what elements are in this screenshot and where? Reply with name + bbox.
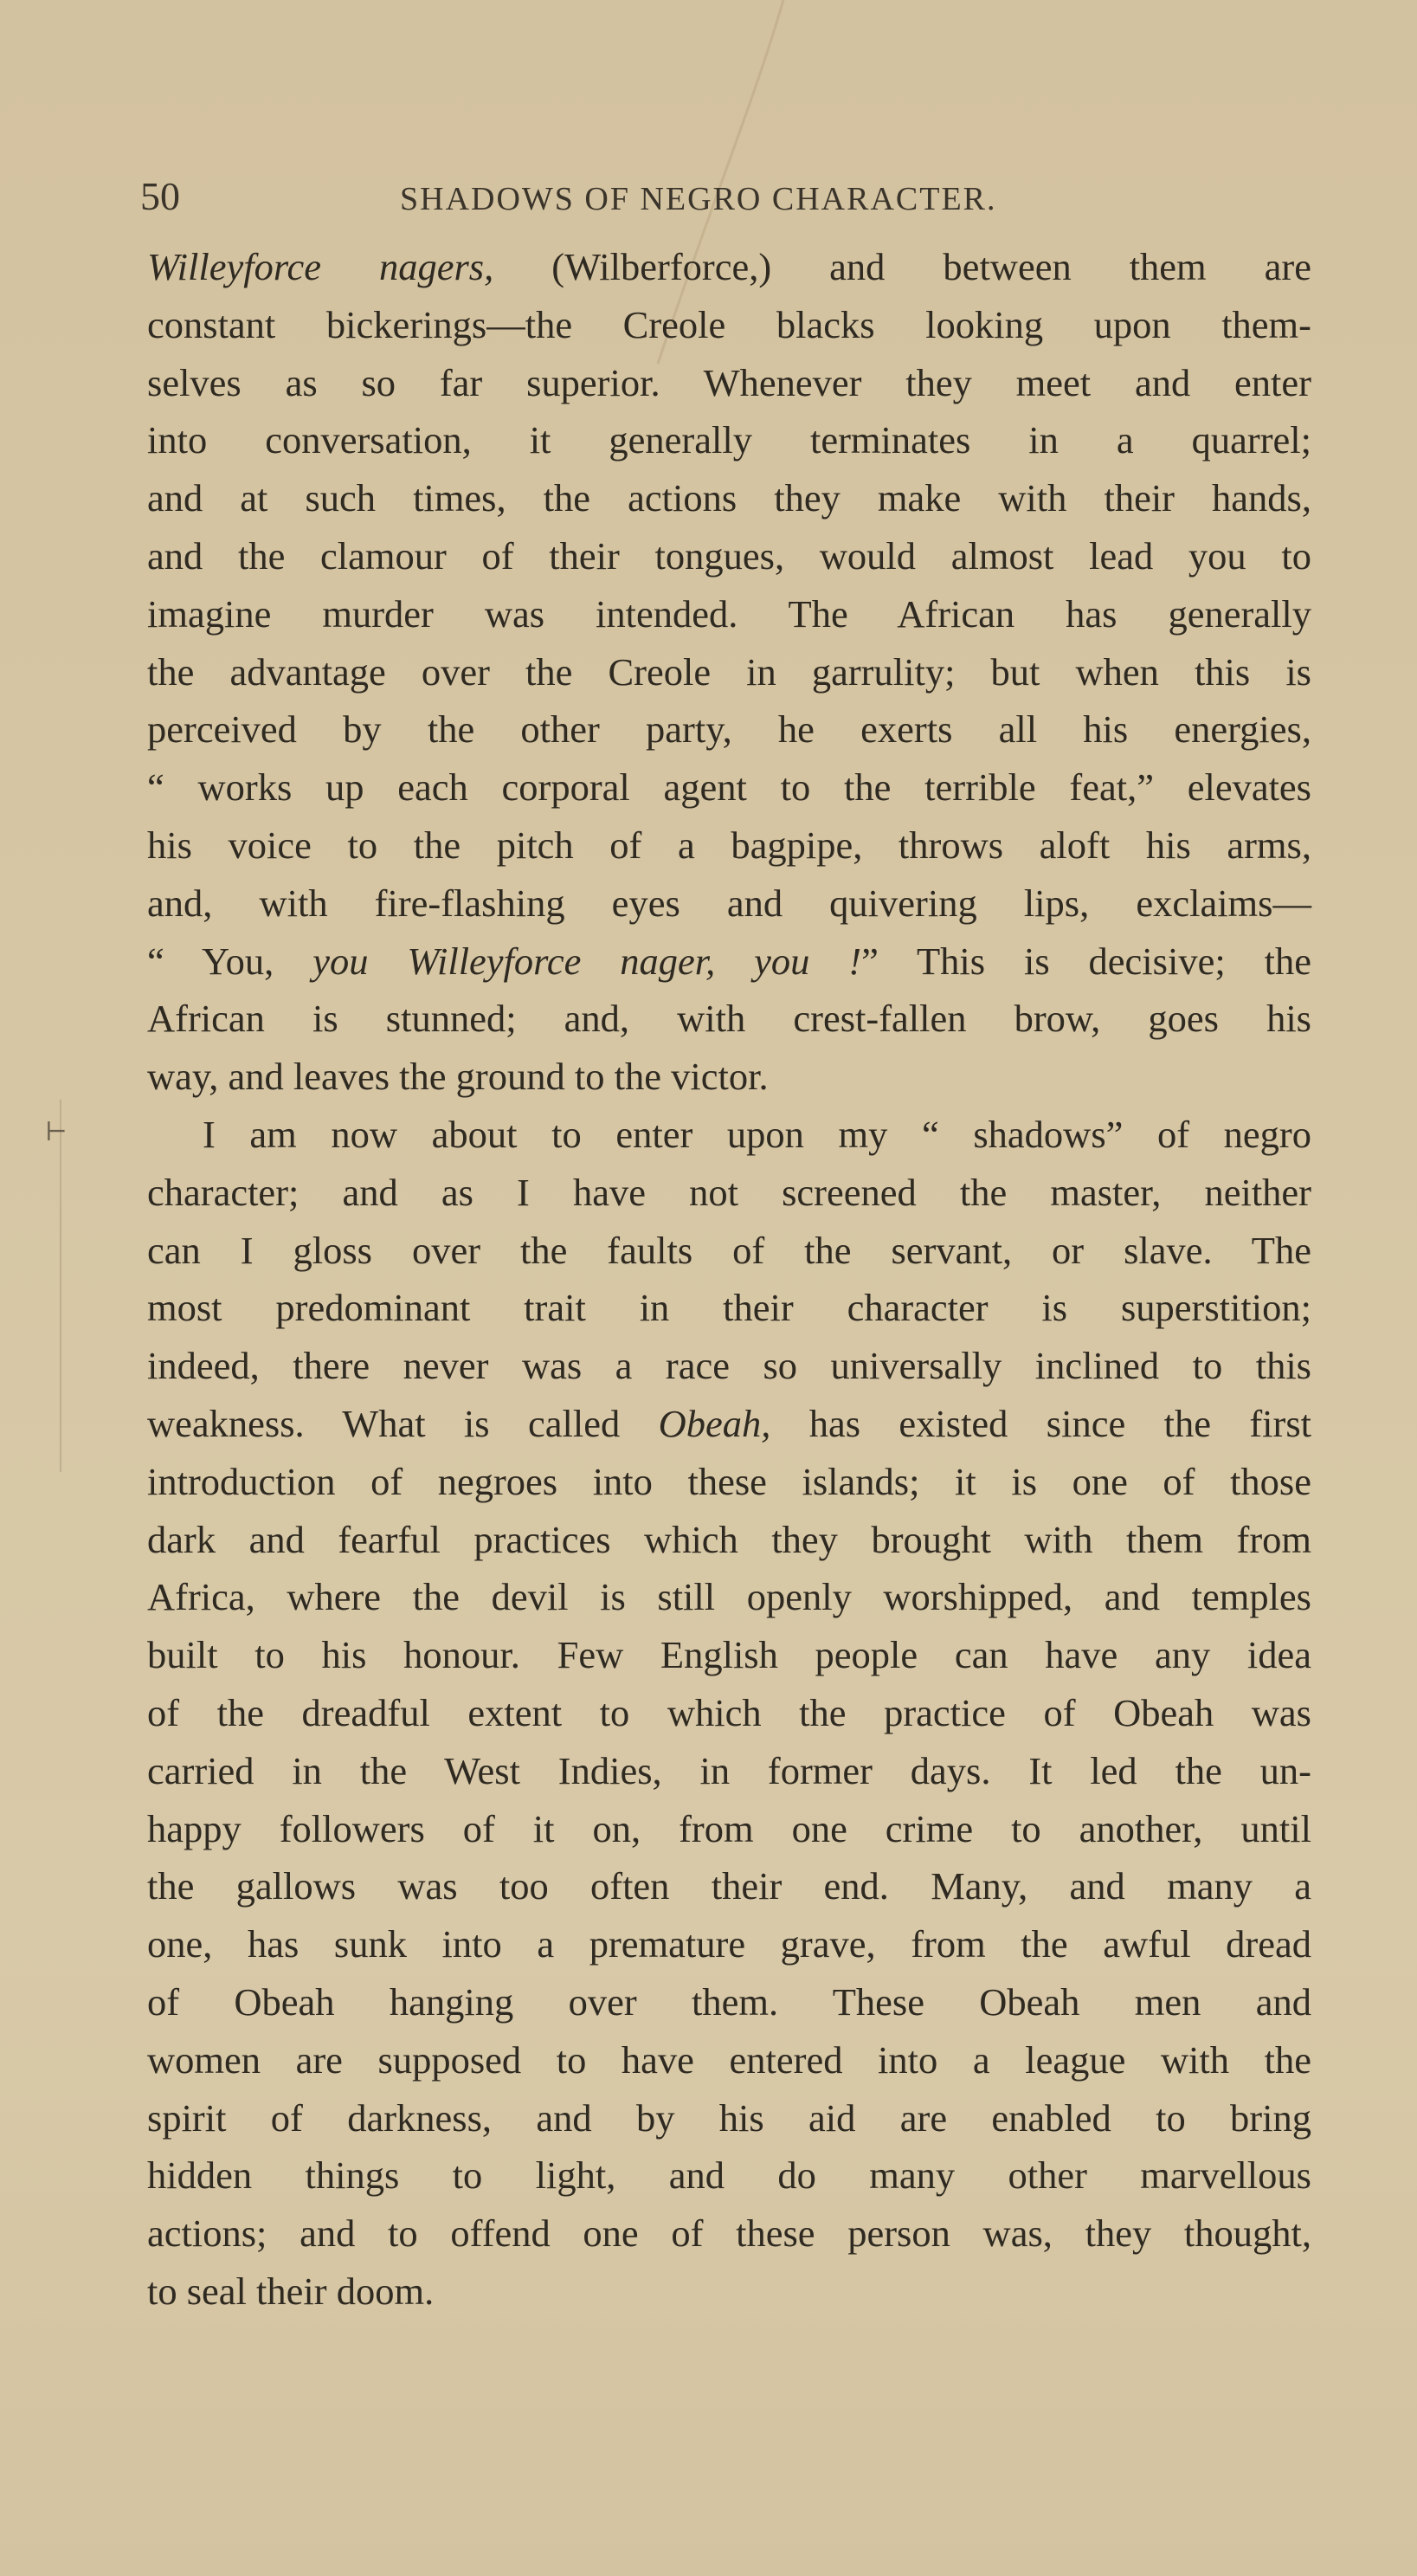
text-line: of Obeah hanging over them. These Obeah …	[147, 1973, 1311, 2031]
text-line: imagine murder was intended. The African…	[147, 585, 1311, 643]
text-segment: of Obeah hanging over them. These Obeah …	[147, 1980, 1311, 2024]
text-segment: African is stunned; and, with crest-fall…	[147, 997, 1311, 1040]
text-segment: built to his honour. Few English people …	[147, 1633, 1311, 1676]
italic-text: Willeyforce nagers,	[147, 245, 493, 288]
text-line: “ You, you Willeyforce nager, you !” Thi…	[147, 933, 1311, 991]
body-text: Willeyforce nagers, (Wilberforce,) and b…	[147, 238, 1311, 2321]
text-segment: can I gloss over the faults of the serva…	[147, 1229, 1311, 1272]
text-line: can I gloss over the faults of the serva…	[147, 1222, 1311, 1280]
text-segment: carried in the West Indies, in former da…	[147, 1749, 1311, 1792]
text-line: happy followers of it on, from one crime…	[147, 1800, 1311, 1858]
text-line: selves as so far superior. Whenever they…	[147, 354, 1311, 412]
text-line: and, with fire-flashing eyes and quiveri…	[147, 875, 1311, 933]
text-segment: dark and fearful practices which they br…	[147, 1518, 1311, 1561]
text-segment: indeed, there never was a race so univer…	[147, 1344, 1311, 1387]
text-segment: “ works up each corporal agent to the te…	[147, 765, 1311, 809]
text-segment: his voice to the pitch of a bagpipe, thr…	[147, 823, 1311, 867]
text-segment: spirit of darkness, and by his aid are e…	[147, 2096, 1311, 2140]
text-segment: constant bickerings—the Creole blacks lo…	[147, 303, 1311, 346]
text-line: perceived by the other party, he exerts …	[147, 700, 1311, 759]
text-line: one, has sunk into a premature grave, fr…	[147, 1915, 1311, 1973]
text-line: the gallows was too often their end. Man…	[147, 1857, 1311, 1915]
text-segment: “ You,	[147, 939, 312, 983]
text-line: carried in the West Indies, in former da…	[147, 1742, 1311, 1800]
text-segment: actions; and to offend one of these pers…	[147, 2211, 1311, 2255]
text-segment: has existed since the first	[770, 1402, 1311, 1445]
text-segment: imagine murder was intended. The African…	[147, 592, 1311, 636]
text-line: indeed, there never was a race so univer…	[147, 1337, 1311, 1395]
text-line: constant bickerings—the Creole blacks lo…	[147, 296, 1311, 354]
text-line: most predominant trait in their characte…	[147, 1279, 1311, 1337]
text-segment: hidden things to light, and do many othe…	[147, 2153, 1311, 2197]
text-line: into conversation, it generally terminat…	[147, 411, 1311, 469]
text-line: “ works up each corporal agent to the te…	[147, 759, 1311, 817]
text-line: spirit of darkness, and by his aid are e…	[147, 2089, 1311, 2147]
text-line: way, and leaves the ground to the victor…	[147, 1048, 1311, 1106]
text-line: to seal their doom.	[147, 2263, 1311, 2321]
text-line: African is stunned; and, with crest-fall…	[147, 990, 1311, 1048]
text-line: I am now about to enter upon my “ shadow…	[147, 1106, 1311, 1164]
text-segment: I am now about to enter upon my “ shadow…	[203, 1113, 1311, 1156]
text-segment: selves as so far superior. Whenever they…	[147, 361, 1311, 404]
text-segment: the advantage over the Creole in garruli…	[147, 650, 1311, 694]
text-line: Willeyforce nagers, (Wilberforce,) and b…	[147, 238, 1311, 296]
text-segment: weakness. What is called	[147, 1402, 659, 1445]
text-line: actions; and to offend one of these pers…	[147, 2205, 1311, 2263]
text-segment: to seal their doom.	[147, 2269, 434, 2313]
text-segment: and at such times, the actions they make…	[147, 476, 1311, 520]
text-line: Africa, where the devil is still openly …	[147, 1568, 1311, 1626]
text-segment: into conversation, it generally terminat…	[147, 418, 1311, 462]
text-line: hidden things to light, and do many othe…	[147, 2147, 1311, 2205]
text-segment: and, with fire-flashing eyes and quiveri…	[147, 881, 1311, 925]
running-head: SHADOWS OF NEGRO CHARACTER.	[400, 180, 997, 218]
text-segment: Africa, where the devil is still openly …	[147, 1575, 1311, 1618]
italic-text: Obeah,	[659, 1402, 771, 1445]
text-segment: perceived by the other party, he exerts …	[147, 707, 1311, 751]
text-line: character; and as I have not screened th…	[147, 1164, 1311, 1222]
text-segment: women are supposed to have entered into …	[147, 2038, 1311, 2082]
text-segment: the gallows was too often their end. Man…	[147, 1864, 1311, 1908]
text-line: introduction of negroes into these islan…	[147, 1453, 1311, 1511]
text-segment: most predominant trait in their characte…	[147, 1286, 1311, 1329]
page-number: 50	[140, 173, 180, 219]
text-segment: ” This is decisive; the	[861, 939, 1311, 983]
text-line: and the clamour of their tongues, would …	[147, 527, 1311, 585]
text-segment: and the clamour of their tongues, would …	[147, 534, 1311, 578]
text-line: built to his honour. Few English people …	[147, 1626, 1311, 1684]
text-line: and at such times, the actions they make…	[147, 469, 1311, 527]
text-line: the advantage over the Creole in garruli…	[147, 643, 1311, 701]
text-segment: introduction of negroes into these islan…	[147, 1460, 1311, 1503]
text-line: his voice to the pitch of a bagpipe, thr…	[147, 817, 1311, 875]
text-segment: one, has sunk into a premature grave, fr…	[147, 1922, 1311, 1966]
text-line: of the dreadful extent to which the prac…	[147, 1684, 1311, 1742]
text-line: weakness. What is called Obeah, has exis…	[147, 1395, 1311, 1453]
italic-text: you Willeyforce nager, you !	[312, 939, 861, 983]
margin-tick-mark: ⊢	[45, 1117, 68, 1147]
text-line: dark and fearful practices which they br…	[147, 1511, 1311, 1569]
text-segment: (Wilberforce,) and between them are	[493, 245, 1311, 288]
text-segment: character; and as I have not screened th…	[147, 1171, 1311, 1214]
page-header: 50 SHADOWS OF NEGRO CHARACTER.	[140, 173, 1309, 225]
text-segment: way, and leaves the ground to the victor…	[147, 1055, 769, 1098]
text-line: women are supposed to have entered into …	[147, 2031, 1311, 2089]
text-segment: happy followers of it on, from one crime…	[147, 1807, 1311, 1850]
text-segment: of the dreadful extent to which the prac…	[147, 1691, 1311, 1734]
